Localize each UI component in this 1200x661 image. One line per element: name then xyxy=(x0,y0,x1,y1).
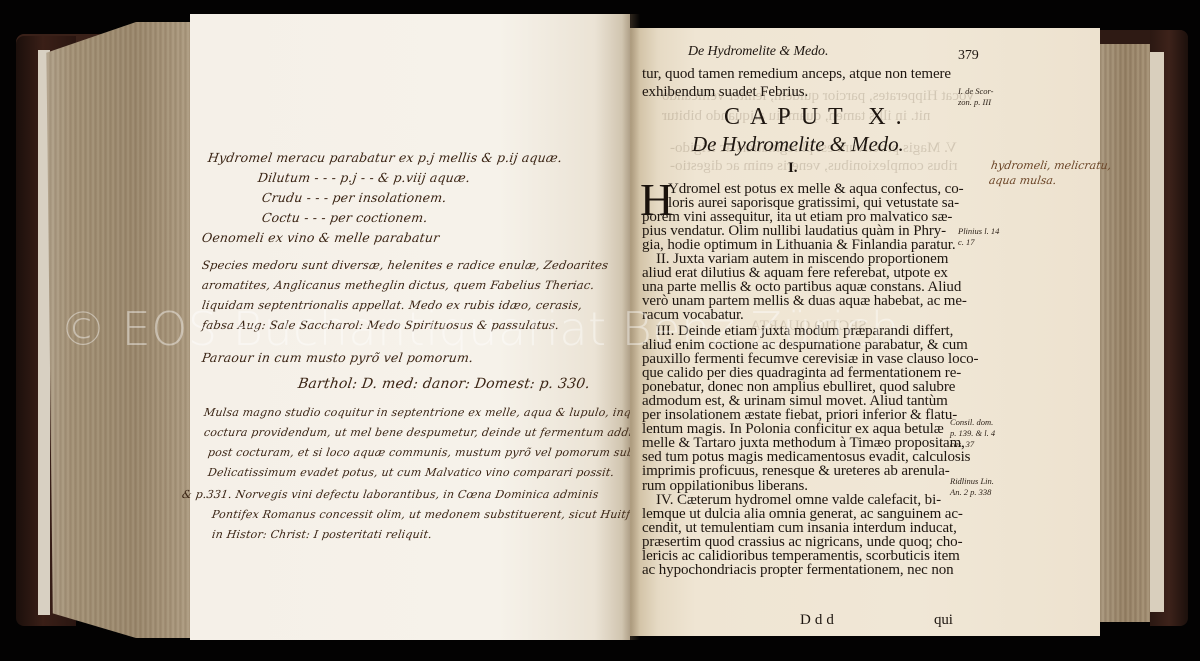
handwritten-line: Oenomeli ex vino & melle parabatur xyxy=(201,230,440,245)
handwritten-line: post cocturam, et si loco aquæ communis,… xyxy=(207,446,658,459)
handwritten-line: aromatites, Anglicanus metheglin dictus,… xyxy=(201,278,595,292)
handwritten-line: Mulsa magno studio coquitur in septentri… xyxy=(203,406,646,419)
margin-note: I. de Scor- zon. p. III xyxy=(958,86,993,108)
handwritten-line: Species medoru sunt diversæ, helenites e… xyxy=(201,258,609,272)
handwritten-line: Coctu - - - per coctionem. xyxy=(261,210,429,225)
handwritten-line: coctura providendum, ut mel bene despume… xyxy=(203,426,633,439)
handwritten-line: in Histor: Christ: I posteritati reliqui… xyxy=(211,528,433,541)
margin-note: Ridlinus Lin. An. 2 p. 338 xyxy=(950,476,994,498)
watermark: © EOS Buchantiquariat Benz Zürich xyxy=(60,302,1160,356)
handwritten-citation: Barthol: D. med: danor: Domest: p. 330. xyxy=(297,376,591,392)
handwritten-line: Dilutum - - - p.j - - & p.viij aquæ. xyxy=(257,170,471,185)
margin-note: Consil. dom. p. 139. & l. 4 cas. 37 xyxy=(950,417,995,450)
margin-handwriting: hydromeli, melicratu, aqua mulsa. xyxy=(988,158,1112,188)
handwritten-line: Crudu - - - per insolationem. xyxy=(261,190,448,205)
handwritten-line: & p.331. Norvegis vini defectu laboranti… xyxy=(181,488,599,501)
handwritten-line: Hydromel meracu parabatur ex p.j mellis … xyxy=(207,150,563,165)
handwritten-line: Delicatissimum evadet potus, ut cum Malv… xyxy=(207,466,615,479)
book-photo: Hydromel meracu parabatur ex p.j mellis … xyxy=(0,0,1200,661)
handwritten-line: Pontifex Romanus concessit olim, ut medo… xyxy=(211,508,649,521)
margin-note: Plinius l. 14 c. 17 xyxy=(958,226,999,248)
